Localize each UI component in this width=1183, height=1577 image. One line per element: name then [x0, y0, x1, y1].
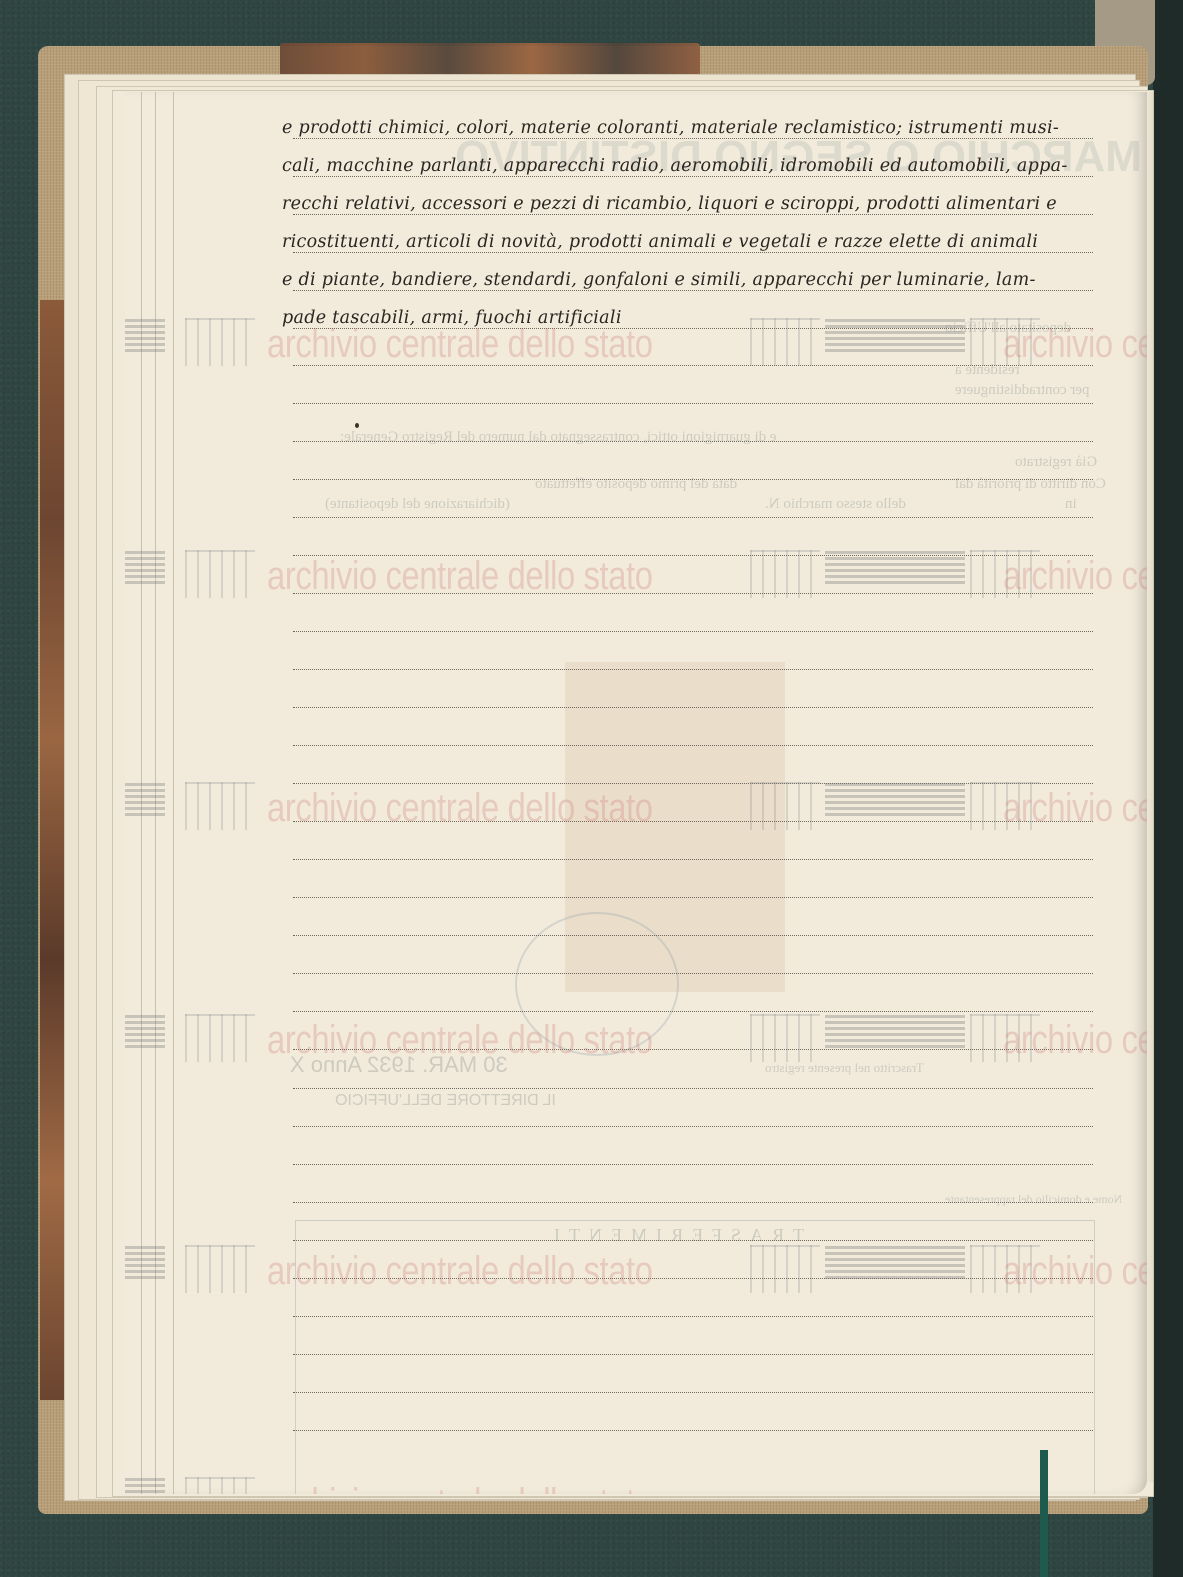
watermark-logo — [125, 1477, 165, 1494]
watermark-text: archivio ce — [1003, 1249, 1147, 1294]
watermark-text: archivio centrale dello stato — [267, 554, 653, 599]
ruled-line — [293, 252, 1093, 253]
ruled-line — [293, 935, 1093, 936]
handwritten-line: e di piante, bandiere, stendardi, gonfal… — [282, 272, 1122, 290]
cover-edge — [1040, 1450, 1048, 1577]
watermark-logo — [185, 1245, 255, 1293]
handwritten-line: cali, macchine parlanti, apparecchi radi… — [282, 158, 1122, 176]
ruled-line — [293, 669, 1093, 670]
watermark-text: archivio ce — [1003, 554, 1147, 599]
page-edge-line — [173, 92, 174, 1494]
ruled-line — [293, 1088, 1093, 1089]
ruled-line — [293, 1164, 1093, 1165]
watermark-text: archivio centrale dello stato — [267, 786, 653, 831]
watermark-text: archivio ce — [1003, 786, 1147, 831]
watermark-logo — [125, 782, 165, 816]
ruled-line — [293, 1430, 1093, 1431]
ghost-text: dello stesso marchio N. — [765, 496, 906, 513]
ink-dot — [355, 423, 359, 428]
ruled-line — [293, 176, 1093, 177]
watermark-text: archivio centrale dello stato — [267, 1249, 653, 1294]
ghost-text: Nome e domicilio del rappresentante — [945, 1192, 1122, 1207]
watermark-logo — [185, 318, 255, 366]
ruled-line — [293, 517, 1093, 518]
ruled-line — [293, 403, 1093, 404]
ruled-line — [293, 479, 1093, 480]
watermark-logo — [750, 782, 820, 830]
watermark-logo — [825, 318, 965, 352]
watermark-logo — [750, 1014, 820, 1062]
document-page: MARCHIO O SEGNO DISTINTIVO depositato al… — [125, 92, 1147, 1494]
handwritten-line: e prodotti chimici, colori, materie colo… — [282, 120, 1122, 138]
ruled-line — [293, 1316, 1093, 1317]
watermark-text: archivio centrale dello stato — [267, 322, 653, 367]
ruled-line — [293, 1240, 1093, 1241]
watermark-text: archivio centrale dello stato — [267, 1481, 653, 1494]
ruled-line — [293, 1354, 1093, 1355]
watermark-logo — [185, 550, 255, 598]
ruled-line — [293, 1202, 1093, 1203]
ghost-text: Già registrato — [1015, 454, 1097, 471]
watermark-logo — [185, 1477, 255, 1494]
ruled-line — [293, 290, 1093, 291]
right-shadow — [1153, 0, 1183, 1577]
watermark-text: archivio centrale dello stato — [267, 1018, 653, 1063]
handwritten-line: ricostituenti, articoli di novità, prodo… — [282, 234, 1122, 252]
ruled-line — [293, 631, 1093, 632]
watermark-logo — [125, 1245, 165, 1279]
watermark-text: archivio ce — [1003, 322, 1147, 367]
watermark-logo — [185, 782, 255, 830]
ghost-text: in — [1065, 496, 1077, 513]
ruled-line — [293, 859, 1093, 860]
handwritten-line: recchi relativi, accessori e pezzi di ri… — [282, 196, 1122, 214]
ghost-text: (dichiarazione del depositante) — [325, 496, 510, 513]
ruled-line — [293, 1126, 1093, 1127]
watermark-logo — [125, 1014, 165, 1048]
ruled-line — [293, 707, 1093, 708]
ghost-text: IL DIRETTORE DELL'UFFICIO — [335, 1092, 556, 1110]
watermark-logo — [750, 550, 820, 598]
ruled-line — [293, 1011, 1093, 1012]
watermark-logo — [750, 318, 820, 366]
watermark-logo — [825, 1245, 965, 1279]
ruled-line — [293, 1392, 1093, 1393]
watermark-logo — [825, 550, 965, 584]
ruled-line — [293, 138, 1093, 139]
ghost-text: per contraddistinguere — [955, 382, 1090, 399]
watermark-logo — [750, 1245, 820, 1293]
watermark-logo — [185, 1014, 255, 1062]
watermark-logo — [125, 550, 165, 584]
ruled-line — [293, 897, 1093, 898]
leather-spine-left — [40, 300, 66, 1400]
ruled-line — [293, 441, 1093, 442]
ghost-text: e di guarnigioni ottici, contrassegnato … — [340, 429, 777, 446]
ruled-line — [293, 214, 1093, 215]
watermark-logo — [125, 318, 165, 352]
watermark-logo — [825, 1014, 965, 1048]
ruled-line — [293, 973, 1093, 974]
ghost-text: Trascritto nel presente registro — [765, 1060, 924, 1076]
watermark-text: archivio ce — [1003, 1018, 1147, 1063]
watermark-logo — [825, 782, 965, 816]
ruled-line — [293, 745, 1093, 746]
